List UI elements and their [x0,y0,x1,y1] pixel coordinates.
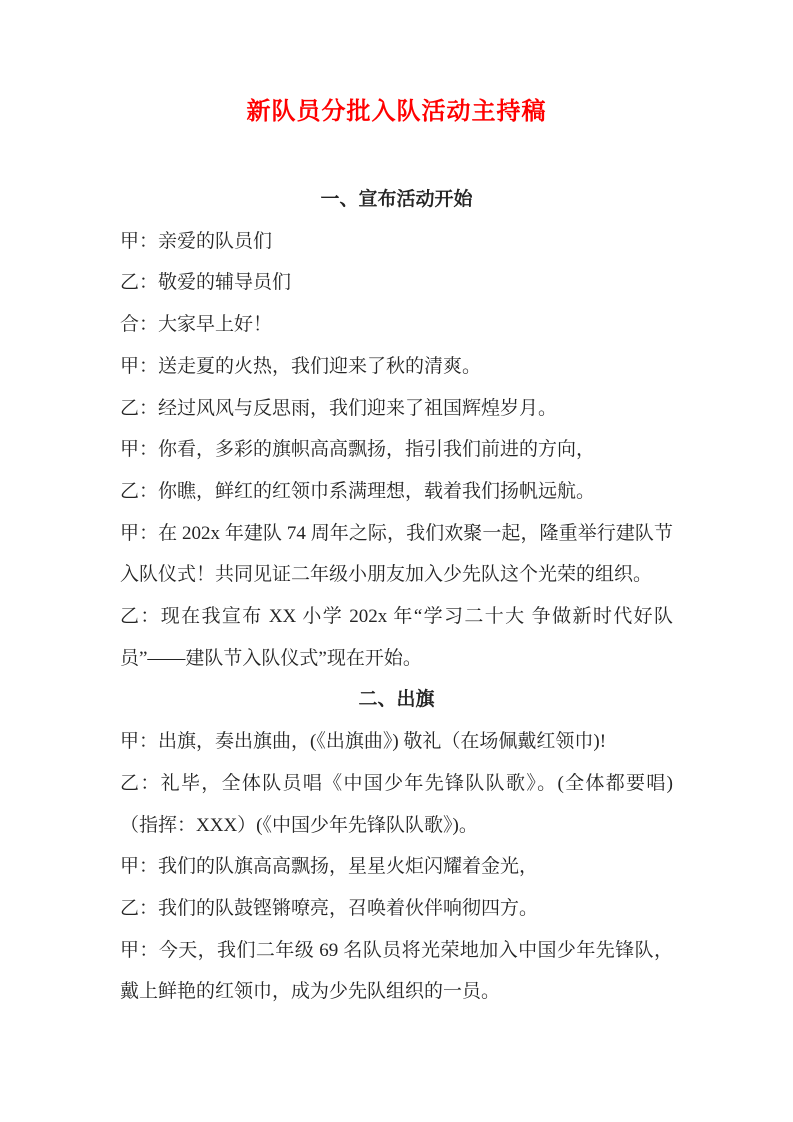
dialogue-line-yi-5: 乙：礼毕，全体队员唱《中国少年先锋队队歌》。(全体都要唱)（指挥：XXX）(《中… [120,763,673,846]
dialogue-line-jia-2: 甲：送走夏的火热，我们迎来了秋的清爽。 [120,346,673,388]
document-page: 新队员分批入队活动主持稿 一、宣布活动开始 甲：亲爱的队员们 乙：敬爱的辅导员们… [0,0,793,1122]
document-title: 新队员分批入队活动主持稿 [120,94,673,130]
dialogue-line-jia-6: 甲：我们的队旗高高飘扬，星星火炬闪耀着金光， [120,846,673,888]
dialogue-line-jia-4: 甲：在 202x 年建队 74 周年之际，我们欢聚一起，隆重举行建队节入队仪式！… [120,513,673,596]
dialogue-line-yi-2: 乙：经过风风与反思雨，我们迎来了祖国辉煌岁月。 [120,388,673,430]
dialogue-line-jia-1: 甲：亲爱的队员们 [120,221,673,263]
dialogue-line-yi-6: 乙：我们的队鼓铿锵嘹亮，召唤着伙伴响彻四方。 [120,888,673,930]
section-2-heading: 二、出旗 [120,679,673,721]
dialogue-line-yi-4: 乙：现在我宣布 XX 小学 202x 年“学习二十大 争做新时代好队员”——建队… [120,596,673,679]
dialogue-line-yi-1: 乙：敬爱的辅导员们 [120,262,673,304]
dialogue-line-jia-7: 甲：今天，我们二年级 69 名队员将光荣地加入中国少年先锋队，戴上鲜艳的红领巾，… [120,930,673,1013]
dialogue-line-jia-5: 甲：出旗，奏出旗曲，(《出旗曲》) 敬礼（在场佩戴红领巾)! [120,721,673,763]
section-1-heading: 一、宣布活动开始 [120,179,673,221]
dialogue-line-jia-3: 甲：你看，多彩的旗帜高高飘扬，指引我们前进的方向， [120,429,673,471]
dialogue-line-yi-3: 乙：你瞧，鲜红的红领巾系满理想，载着我们扬帆远航。 [120,471,673,513]
dialogue-line-he-1: 合：大家早上好！ [120,304,673,346]
